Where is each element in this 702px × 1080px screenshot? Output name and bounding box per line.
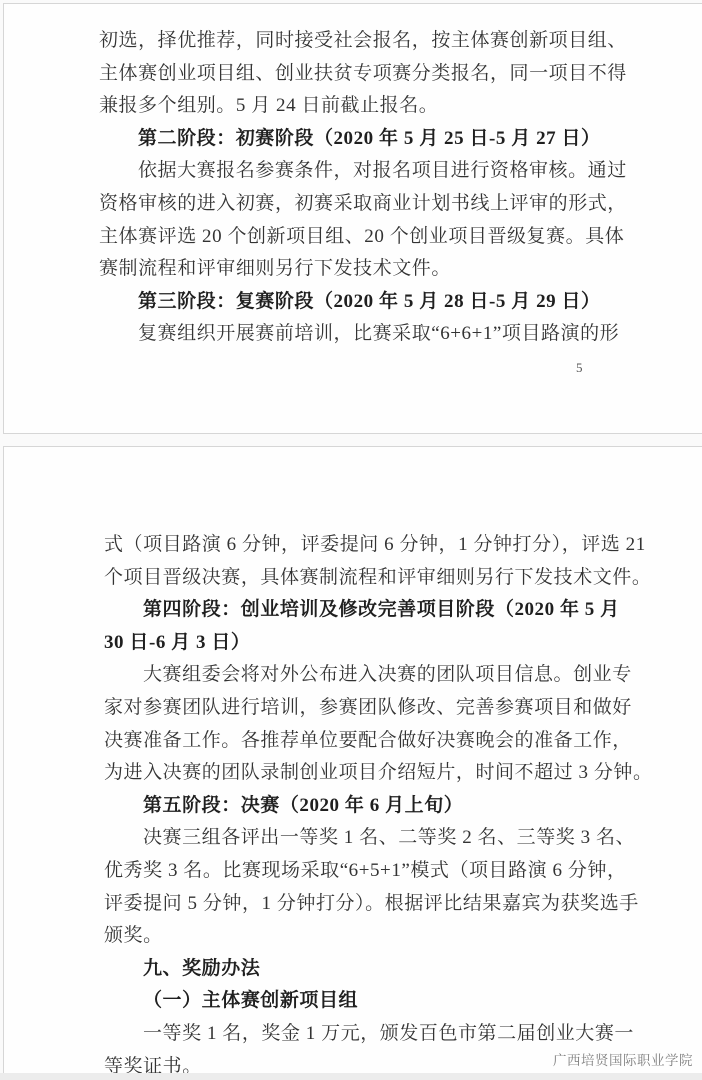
doc-line: 决赛三组各评出一等奖 1 名、二等奖 2 名、三等奖 3 名、 [104,822,702,855]
doc-line: 大赛组委会将对外公布进入决赛的团队项目信息。创业专 [104,659,702,692]
watermark: 广西培贤国际职业学院 [553,1049,693,1069]
page-2-text-block: 式（项目路演 6 分钟，评委提问 6 分钟，1 分钟打分），评选 21 个项目晋… [4,447,702,1075]
section-9-heading: 九、奖励办法 [104,953,702,986]
doc-line: 评委提问 5 分钟，1 分钟打分）。根据评比结果嘉宾为获奖选手 [104,888,702,921]
stage-3-heading: 第三阶段：复赛阶段（2020 年 5 月 28 日-5 月 29 日） [99,286,702,319]
doc-line: 优秀奖 3 名。比赛现场采取“6+5+1”模式（项目路演 6 分钟， [104,855,702,888]
document-viewer: 初选，择优推荐，同时接受社会报名，按主体赛创新项目组、 主体赛创业项目组、创业扶… [0,0,702,1080]
doc-line: 一等奖 1 名，奖金 1 万元，颁发百色市第二届创业大赛一 [104,1018,702,1051]
doc-line: 复赛组织开展赛前培训，比赛采取“6+6+1”项目路演的形 [99,318,702,351]
doc-line: 资格审核的进入初赛，初赛采取商业计划书线上评审的形式， [99,188,702,221]
doc-line: 颁奖。 [104,920,702,953]
doc-line: 家对参赛团队进行培训，参赛团队修改、完善参赛项目和做好 [104,692,702,725]
doc-line: 决赛准备工作。各推荐单位要配合做好决赛晚会的准备工作， [104,725,702,758]
doc-line: 初选，择优推荐，同时接受社会报名，按主体赛创新项目组、 [99,25,702,58]
doc-line: 个项目晋级决赛，具体赛制流程和评审细则另行下发技术文件。 [104,562,702,595]
document-page-1: 初选，择优推荐，同时接受社会报名，按主体赛创新项目组、 主体赛创业项目组、创业扶… [3,3,702,434]
stage-5-heading: 第五阶段：决赛（2020 年 6 月上旬） [104,790,702,823]
stage-4-heading: 第四阶段：创业培训及修改完善项目阶段（2020 年 5 月 [104,594,702,627]
stage-2-heading: 第二阶段：初赛阶段（2020 年 5 月 25 日-5 月 27 日） [99,123,702,156]
page-gap-strip [0,1073,702,1080]
document-page-2: 式（项目路演 6 分钟，评委提问 6 分钟，1 分钟打分），评选 21 个项目晋… [3,446,702,1075]
doc-line: 兼报多个组别。5 月 24 日前截止报名。 [99,90,702,123]
doc-line: 依据大赛报名参赛条件，对报名项目进行资格审核。通过 [99,155,702,188]
stage-4-heading-cont: 30 日-6 月 3 日） [104,627,702,660]
doc-line: 主体赛评选 20 个创新项目组、20 个创业项目晋级复赛。具体 [99,221,702,254]
doc-line: 赛制流程和评审细则另行下发技术文件。 [99,253,702,286]
doc-line: 式（项目路演 6 分钟，评委提问 6 分钟，1 分钟打分），评选 21 [104,529,702,562]
page-number: 5 [576,360,583,376]
doc-line: 主体赛创业项目组、创业扶贫专项赛分类报名，同一项目不得 [99,58,702,91]
page-1-text-block: 初选，择优推荐，同时接受社会报名，按主体赛创新项目组、 主体赛创业项目组、创业扶… [4,4,702,351]
subsection-1-heading: （一）主体赛创新项目组 [104,985,702,1018]
doc-line: 为进入决赛的团队录制创业项目介绍短片，时间不超过 3 分钟。 [104,757,702,790]
